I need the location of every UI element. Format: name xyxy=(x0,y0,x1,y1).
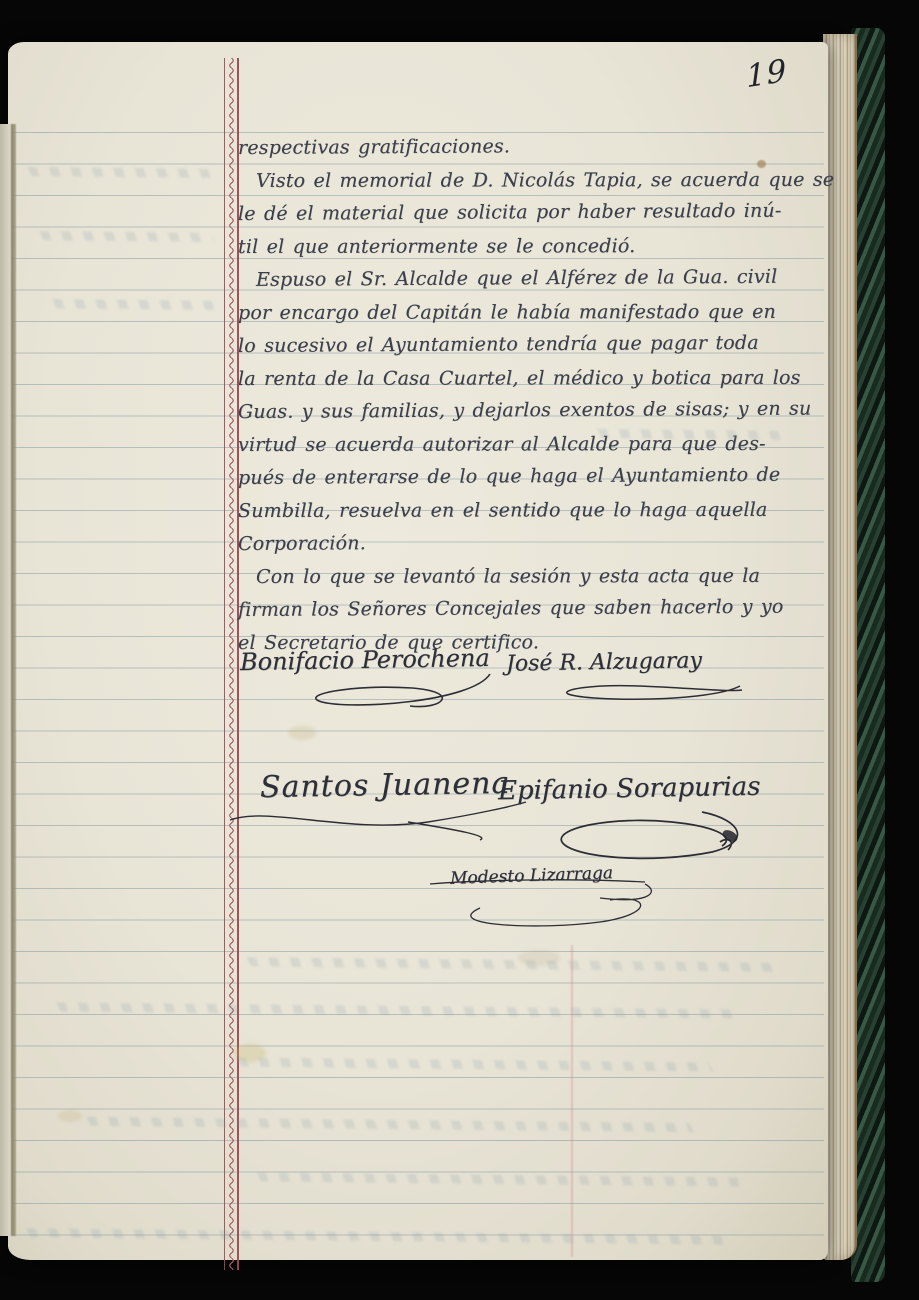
margin-showthrough-line xyxy=(571,945,573,1257)
page-stack-edges xyxy=(823,34,857,1260)
signature-flourish xyxy=(420,876,670,930)
margin-line-left xyxy=(224,58,225,1270)
signature-flourish xyxy=(292,672,502,716)
manuscript-line: Guas. y sus familias, y dejarlos exentos… xyxy=(238,392,820,429)
paper-stain xyxy=(288,726,316,740)
paper-stain xyxy=(58,1110,82,1122)
manuscript-line: Con lo que se levantó la sesión y esta a… xyxy=(238,560,820,594)
manuscript-line: la renta de la Casa Cuartel, el médico y… xyxy=(238,362,820,396)
ghost-showthrough xyxy=(53,299,218,310)
margin-zigzag xyxy=(227,58,236,1270)
manuscript-line: le dé el material que solicita por haber… xyxy=(238,194,820,231)
page-number: 19 xyxy=(745,53,788,96)
ink-stain xyxy=(757,160,766,168)
manuscript-line: lo sucesivo el Ayuntamiento tendría que … xyxy=(238,326,820,363)
ghost-showthrough xyxy=(598,429,783,440)
manuscript-line: Visto el memorial de D. Nicolás Tapia, s… xyxy=(238,164,820,198)
manuscript-line: Espuso el Sr. Alcalde que el Alférez de … xyxy=(238,260,820,297)
manuscript-line: Corporación. xyxy=(238,524,820,561)
manuscript-line: til el que anteriormente se le concedió. xyxy=(238,230,820,264)
gutter-crease xyxy=(11,124,16,1236)
manuscript-text-block: respectivas gratificaciones. Visto el me… xyxy=(238,132,820,660)
red-margin-rule xyxy=(224,58,239,1270)
paper-stain xyxy=(518,950,560,966)
paper-stain xyxy=(234,1044,266,1062)
scanned-manuscript-page: 19 respectivas gratificaciones. Visto el… xyxy=(0,0,919,1300)
ghost-showthrough xyxy=(28,167,213,178)
signature-flourish xyxy=(228,800,528,842)
signature-jose-r-alzugaray: José R. Alzugaray xyxy=(506,648,702,676)
manuscript-line: Sumbilla, resuelva en el sentido que lo … xyxy=(238,494,820,528)
signature-rubric-loop xyxy=(552,802,752,864)
ghost-showthrough xyxy=(40,231,215,242)
signature-flourish xyxy=(560,680,745,704)
manuscript-line: firman los Señores Concejales que saben … xyxy=(238,590,820,627)
manuscript-line: por encargo del Capitán le había manifes… xyxy=(238,296,820,330)
manuscript-line: respectivas gratificaciones. xyxy=(238,128,820,165)
manuscript-line: pués de enterarse de lo que haga el Ayun… xyxy=(238,458,820,495)
